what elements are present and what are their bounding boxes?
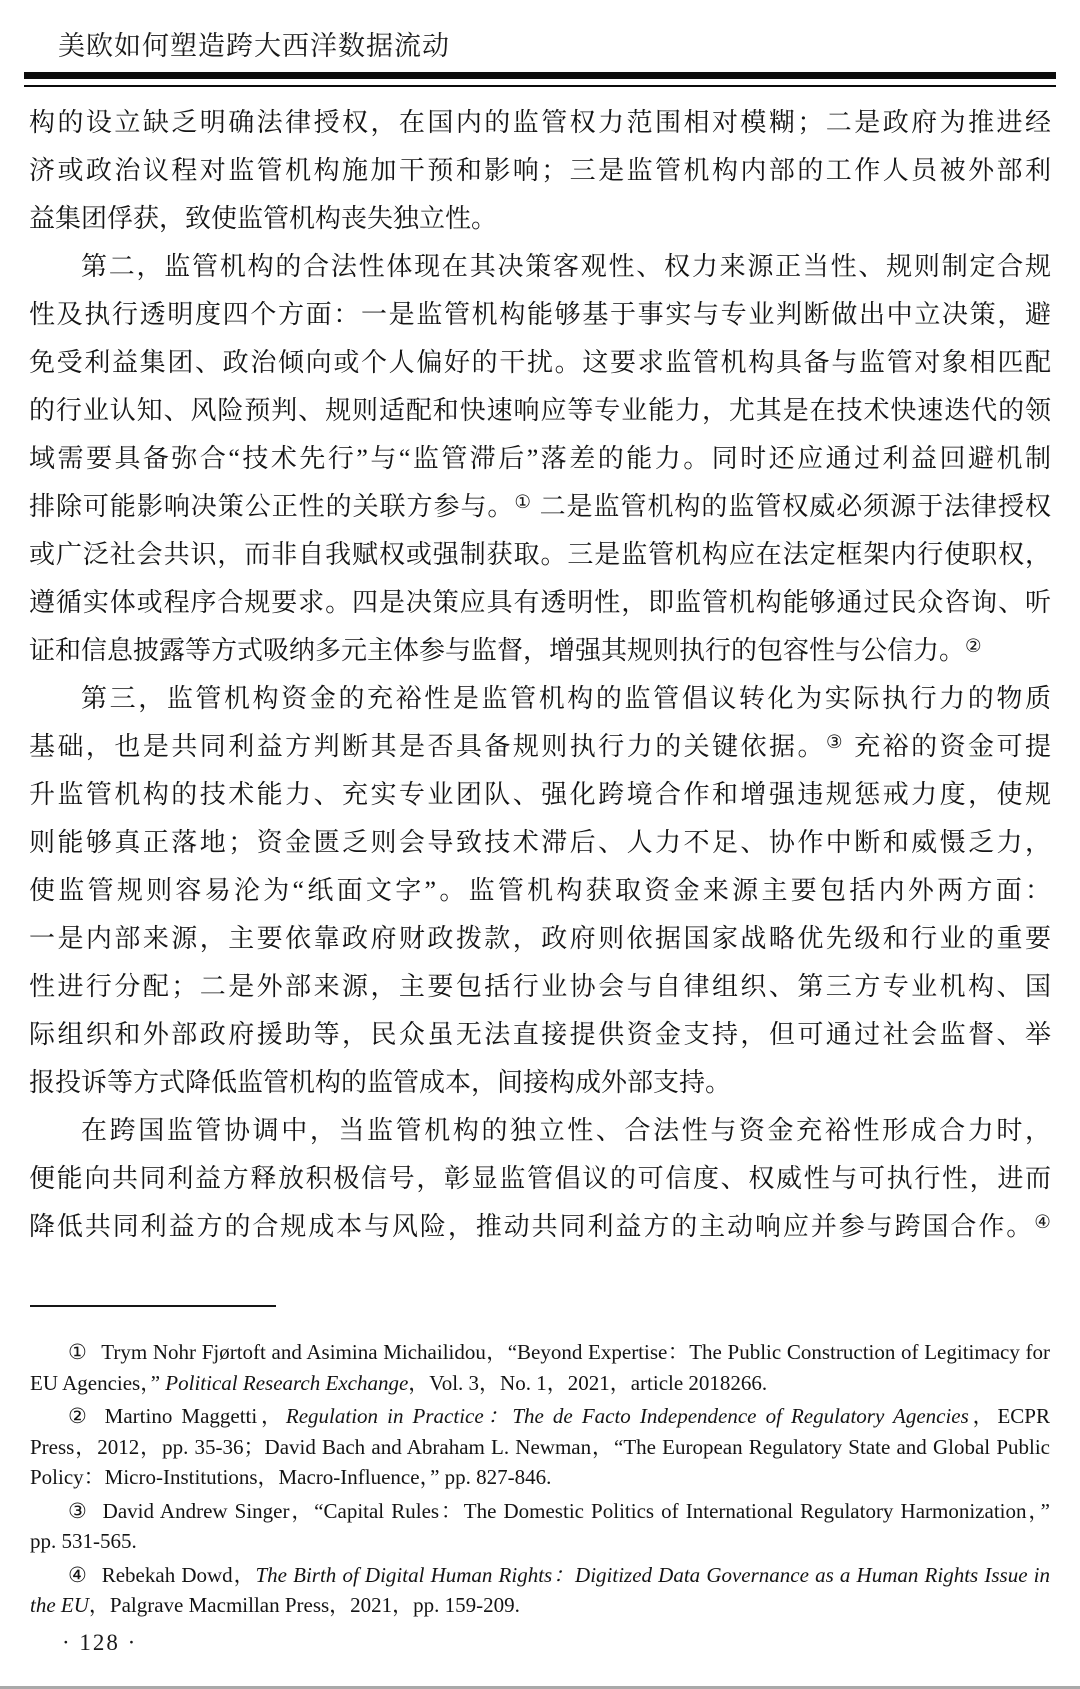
body-line: 使监管规则容易沦为“纸面文字”。监管机构获取资金来源主要包括内外两方面： — [29, 867, 1051, 915]
header-rule-thin — [24, 85, 1056, 87]
footnote-ref: ④ — [1034, 1212, 1051, 1233]
footnote-marker: ① — [68, 1340, 87, 1364]
body-line: 免受利益集团、政治倾向或个人偏好的干扰。这要求监管机构具备与监管对象相匹配 — [29, 339, 1051, 387]
body-line: 遵循实体或程序合规要求。四是决策应具有透明性，即监管机构能够通过民众咨询、听 — [29, 579, 1051, 627]
footnote-text: ，Palgrave Macmillan Press，2021，pp. 159-2… — [89, 1593, 520, 1617]
body-line: 益集团俘获，致使监管机构丧失独立性。 — [29, 195, 1051, 243]
body-line: 性及执行透明度四个方面：一是监管机构能够基于事实与专业判断做出中立决策，避 — [29, 291, 1051, 339]
footnote-marker: ② — [68, 1404, 91, 1428]
body-line: 便能向共同利益方释放积极信号，彰显监管倡议的可信度、权威性与可执行性，进而 — [29, 1155, 1051, 1203]
body-line: 证和信息披露等方式吸纳多元主体参与监督，增强其规则执行的包容性与公信力。② — [29, 627, 1051, 675]
header-rule-thick — [24, 72, 1056, 79]
footnote: ②Martino Maggetti，Regulation in Practice… — [30, 1401, 1050, 1493]
footnote-ref: ① — [514, 492, 532, 513]
paragraph: 在跨国监管协调中，当监管机构的独立性、合法性与资金充裕性形成合力时，便能向共同利… — [29, 1107, 1051, 1251]
body-line: 降低共同利益方的合规成本与风险，推动共同利益方的主动响应并参与跨国合作。④ — [29, 1203, 1051, 1251]
body-line: 构的设立缺乏明确法律授权，在国内的监管权力范围相对模糊；二是政府为推进经 — [29, 99, 1051, 147]
body-text: 构的设立缺乏明确法律授权，在国内的监管权力范围相对模糊；二是政府为推进经济或政治… — [29, 99, 1051, 1251]
footnote-text: Martino Maggetti， — [105, 1404, 286, 1428]
footnote-separator — [30, 1305, 276, 1307]
body-line: 报投诉等方式降低监管机构的监管成本，间接构成外部支持。 — [29, 1059, 1051, 1107]
running-header-title: 美欧如何塑造跨大西洋数据流动 — [58, 24, 1080, 63]
footnote-text: David Andrew Singer，“Capital Rules：The D… — [30, 1499, 1050, 1554]
body-line: 的行业认知、风险预判、规则适配和快速响应等专业能力，尤其是在技术快速迭代的领 — [29, 387, 1051, 435]
running-header: 美欧如何塑造跨大西洋数据流动 — [0, 0, 1080, 87]
paragraph: 第二，监管机构的合法性体现在其决策客观性、权力来源正当性、规则制定合规性及执行透… — [29, 243, 1051, 675]
footnote-title-italic: Regulation in Practice：The de Facto Inde… — [286, 1404, 969, 1428]
footnote: ③David Andrew Singer，“Capital Rules：The … — [30, 1496, 1050, 1557]
body-line: 排除可能影响决策公正性的关联方参与。① 二是监管机构的监管权威必须源于法律授权 — [29, 483, 1051, 531]
footnote-marker: ③ — [68, 1499, 89, 1523]
body-line: 基础，也是共同利益方判断其是否具备规则执行力的关键依据。③ 充裕的资金可提 — [29, 723, 1051, 771]
body-line: 济或政治议程对监管机构施加干预和影响；三是监管机构内部的工作人员被外部利 — [29, 147, 1051, 195]
body-line: 第三，监管机构资金的充裕性是监管机构的监管倡议转化为实际执行力的物质 — [29, 675, 1051, 723]
footnote-text: Rebekah Dowd， — [102, 1563, 256, 1587]
paragraph: 第三，监管机构资金的充裕性是监管机构的监管倡议转化为实际执行力的物质基础，也是共… — [29, 675, 1051, 1107]
body-line: 际组织和外部政府援助等，民众虽无法直接提供资金支持，但可通过社会监督、举 — [29, 1011, 1051, 1059]
body-line: 在跨国监管协调中，当监管机构的独立性、合法性与资金充裕性形成合力时， — [29, 1107, 1051, 1155]
body-line: 性进行分配；二是外部来源，主要包括行业协会与自律组织、第三方专业机构、国 — [29, 963, 1051, 1011]
footnote-text: ，Vol. 3，No. 1，2021，article 2018266. — [408, 1371, 767, 1395]
footnotes: ①Trym Nohr Fjørtoft and Asimina Michaili… — [30, 1337, 1050, 1621]
body-line: 域需要具备弥合“技术先行”与“监管滞后”落差的能力。同时还应通过利益回避机制 — [29, 435, 1051, 483]
footnote: ④Rebekah Dowd，The Birth of Digital Human… — [30, 1560, 1050, 1621]
footnote-ref: ③ — [826, 732, 845, 753]
footnote: ①Trym Nohr Fjørtoft and Asimina Michaili… — [30, 1337, 1050, 1398]
page-number: · 128 · — [62, 1630, 137, 1656]
footnote-title-italic: Political Research Exchange — [160, 1371, 408, 1395]
body-line: 一是内部来源，主要依靠政府财政拨款，政府则依据国家战略优先级和行业的重要 — [29, 915, 1051, 963]
footnote-marker: ④ — [68, 1563, 88, 1587]
paragraph: 构的设立缺乏明确法律授权，在国内的监管权力范围相对模糊；二是政府为推进经济或政治… — [29, 99, 1051, 243]
body-line: 或广泛社会共识，而非自我赋权或强制获取。三是监管机构应在法定框架内行使职权， — [29, 531, 1051, 579]
body-line: 升监管机构的技术能力、充实专业团队、强化跨境合作和增强违规惩戒力度，使规 — [29, 771, 1051, 819]
body-line: 第二，监管机构的合法性体现在其决策客观性、权力来源正当性、规则制定合规 — [29, 243, 1051, 291]
book-page: 美欧如何塑造跨大西洋数据流动 构的设立缺乏明确法律授权，在国内的监管权力范围相对… — [0, 0, 1080, 1689]
footnote-ref: ② — [965, 636, 982, 657]
body-line: 则能够真正落地；资金匮乏则会导致技术滞后、人力不足、协作中断和威慑乏力， — [29, 819, 1051, 867]
